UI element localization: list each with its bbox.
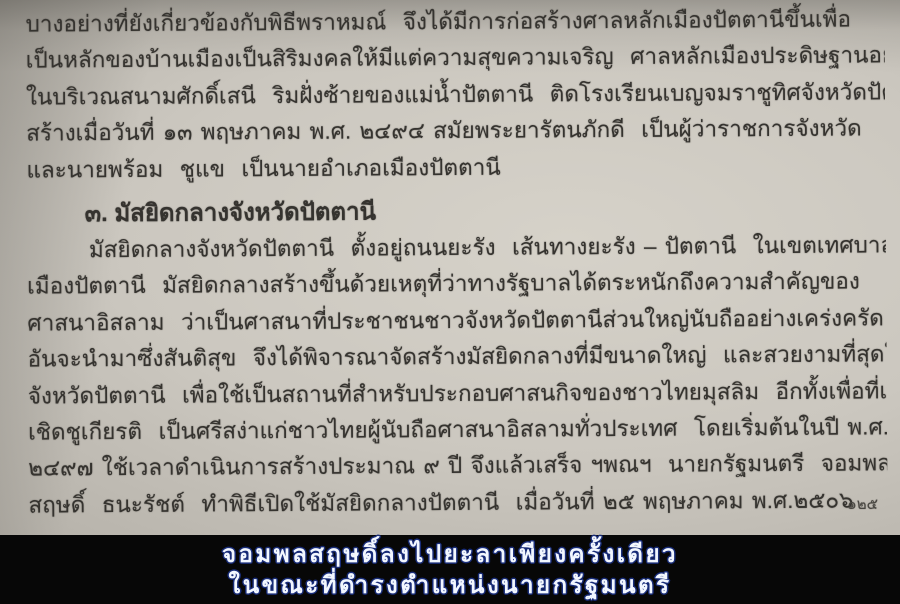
photographed-book-page: บางอย่างที่ยังเกี่ยวข้องกับพิธีพราหมณ์ จ…	[0, 0, 900, 604]
body-text-line: อันจะนำมาซึ่งสันติสุข จึงได้พิจารณาจัดสร…	[27, 336, 886, 378]
body-text-line: มัสยิดกลางจังหวัดปัตตานี ตั้งอยู่ถนนยะรั…	[27, 227, 886, 269]
subtitle-bar: จอมพลสฤษดิ์ลงไปยะลาเพียงครั้งเดียว ในขณะ…	[0, 535, 900, 604]
body-text-line: สฤษดิ์ ธนะรัชต์ ทำพิธีเปิดใช้มัสยิดกลางป…	[28, 482, 887, 524]
body-text-line: และนายพร้อม ชูแข เป็นนายอำเภอเมืองปัตตาน…	[26, 147, 885, 189]
body-text-line: ๒๔๙๗ ใช้เวลาดำเนินการสร้างประมาณ ๙ ปี จึ…	[28, 446, 887, 488]
subtitle-line-1: จอมพลสฤษดิ์ลงไปยะลาเพียงครั้งเดียว	[222, 539, 678, 570]
subtitle-line-2: ในขณะที่ดำรงตำแหน่งนายกรัฐมนตรี	[229, 570, 672, 601]
body-text-line: เมืองปัตตานี มัสยิดกลางสร้างขึ้นด้วยเหตุ…	[27, 264, 886, 306]
body-text-line: จังหวัดปัตตานี เพื่อใช้เป็นสถานที่สำหรับ…	[28, 373, 887, 415]
page-number: ๑๒๕	[847, 492, 878, 516]
page-body-text: บางอย่างที่ยังเกี่ยวข้องกับพิธีพราหมณ์ จ…	[25, 1, 887, 523]
body-text-line: สร้างเมื่อวันที่ ๑๓ พฤษภาคม พ.ศ. ๒๔๙๔ สม…	[26, 111, 885, 153]
section-heading: ๓. มัสยิดกลางจังหวัดปัตตานี	[27, 183, 886, 232]
body-text-line: ในบริเวณสนามศักดิ์เสนี ริมฝั่งซ้ายของแม่…	[26, 74, 885, 116]
body-text-line: เชิดชูเกียรติ เป็นศรีสง่าแก่ชาวไทยผู้นับ…	[28, 409, 887, 451]
body-text-line: ศาสนาอิสลาม ว่าเป็นศาสนาที่ประชาชนชาวจัง…	[27, 300, 886, 342]
body-text-line: บางอย่างที่ยังเกี่ยวข้องกับพิธีพราหมณ์ จ…	[25, 1, 884, 43]
body-text-line: เป็นหลักของบ้านเมืองเป็นสิริมงคลให้มีแต่…	[26, 38, 885, 80]
